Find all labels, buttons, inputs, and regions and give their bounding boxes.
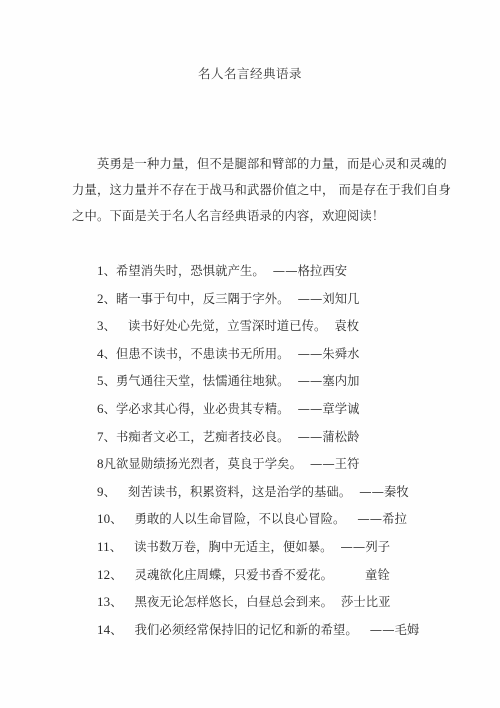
quote-text: 灵魂欲化庄周蝶，只爱书香不爱花。 童铨	[135, 568, 390, 582]
quote-item: 11、 读书数万卷，胸中无适主，便如暴。 ——列子	[97, 537, 419, 565]
quote-text: 但患不读书，不患读书无所用。 ——朱舜水	[116, 347, 360, 361]
quote-number: 8	[97, 456, 104, 471]
quote-separator: 、	[104, 347, 116, 361]
quote-separator: 、	[110, 595, 134, 609]
quote-item: 9、 刻苦读书，积累资料，这是治学的基础。 ——秦牧	[97, 482, 419, 510]
quote-separator: 、	[104, 319, 128, 333]
quote-separator: 、	[104, 264, 116, 278]
quote-text: 勇气通往天堂，怯懦通往地狱。 ——塞内加	[116, 374, 360, 388]
quote-number: 6	[97, 401, 104, 416]
intro-line: 之中。下面是关于名人名言经典语录的内容，欢迎阅读！	[72, 203, 434, 229]
quote-item: 13、 黑夜无论怎样悠长，白昼总会到来。 莎士比亚	[97, 592, 419, 620]
quote-text: 我们必须经常保持旧的记忆和新的希望。 ——毛姆	[135, 623, 420, 637]
quote-item: 1、希望消失时，恐惧就产生。 ——格拉西安	[97, 261, 419, 289]
quote-separator: 、	[110, 512, 134, 526]
quote-number: 2	[97, 291, 104, 306]
quote-separator: 、	[104, 292, 116, 306]
quote-item: 6、学必求其心得，业必贵其专精。 ——章学诚	[97, 399, 419, 427]
quote-item: 2、睹一事于句中，反三隅于字外。 ——刘知几	[97, 289, 419, 317]
quote-separator: 、	[104, 374, 116, 388]
quote-number: 9	[97, 484, 104, 499]
quote-number: 14	[97, 622, 110, 637]
quote-item: 14、 我们必须经常保持旧的记忆和新的希望。 ——毛姆	[97, 620, 419, 648]
quote-number: 10	[97, 511, 110, 526]
quote-item: 10、 勇敢的人以生命冒险，不以良心冒险。 ——希拉	[97, 509, 419, 537]
quote-number: 4	[97, 346, 104, 361]
quote-separator: 、	[104, 430, 116, 444]
quote-item: 8凡欲显勋绩扬光烈者，莫良于学矣。 ——王符	[97, 454, 419, 482]
quote-separator: 、	[110, 568, 134, 582]
quote-number: 11	[97, 539, 110, 554]
quote-separator: 、	[110, 623, 134, 637]
quote-text: 睹一事于句中，反三隅于字外。 ——刘知几	[116, 292, 360, 306]
page-title: 名人名言经典语录	[0, 64, 500, 82]
intro-line: 英勇是一种力量，但不是腿部和臂部的力量，而是心灵和灵魂的	[72, 151, 434, 177]
quote-separator: 、	[104, 402, 116, 416]
quote-item: 7、书痴者文必工，艺痴者技必良。 ——蒲松龄	[97, 427, 419, 455]
quote-text: 凡欲显勋绩扬光烈者，莫良于学矣。 ——王符	[104, 457, 360, 471]
quote-list: 1、希望消失时，恐惧就产生。 ——格拉西安 2、睹一事于句中，反三隅于字外。 —…	[97, 261, 419, 647]
quote-text: 勇敢的人以生命冒险，不以良心冒险。 ——希拉	[135, 512, 407, 526]
quote-separator: 、	[110, 540, 134, 554]
quote-text: 读书数万卷，胸中无适主，便如暴。 ——列子	[134, 540, 390, 554]
quote-number: 7	[97, 429, 104, 444]
quote-number: 12	[97, 567, 110, 582]
quote-item: 12、 灵魂欲化庄周蝶，只爱书香不爱花。 童铨	[97, 565, 419, 593]
quote-item: 5、勇气通往天堂，怯懦通往地狱。 ——塞内加	[97, 371, 419, 399]
intro-paragraph: 英勇是一种力量，但不是腿部和臂部的力量，而是心灵和灵魂的 力量，这力量并不存在于…	[72, 151, 434, 229]
quote-number: 3	[97, 318, 104, 333]
quote-item: 3、 读书好处心先觉，立雪深时道已传。 袁枚	[97, 316, 419, 344]
document-page: 名人名言经典语录 英勇是一种力量，但不是腿部和臂部的力量，而是心灵和灵魂的 力量…	[0, 0, 500, 708]
quote-text: 希望消失时，恐惧就产生。 ——格拉西安	[116, 264, 347, 278]
quote-text: 刻苦读书，积累资料，这是治学的基础。 ——秦牧	[128, 485, 409, 499]
quote-text: 学必求其心得，业必贵其专精。 ——章学诚	[116, 402, 360, 416]
quote-number: 5	[97, 373, 104, 388]
quote-number: 1	[97, 263, 104, 278]
quote-item: 4、但患不读书，不患读书无所用。 ——朱舜水	[97, 344, 419, 372]
quote-text: 黑夜无论怎样悠长，白昼总会到来。 莎士比亚	[135, 595, 391, 609]
quote-text: 读书好处心先觉，立雪深时道已传。 袁枚	[128, 319, 359, 333]
intro-line: 力量，这力量并不存在于战马和武器价值之中， 而是存在于我们自身	[72, 177, 434, 203]
quote-number: 13	[97, 594, 110, 609]
quote-text: 书痴者文必工，艺痴者技必良。 ——蒲松龄	[116, 430, 360, 444]
quote-separator: 、	[104, 485, 128, 499]
